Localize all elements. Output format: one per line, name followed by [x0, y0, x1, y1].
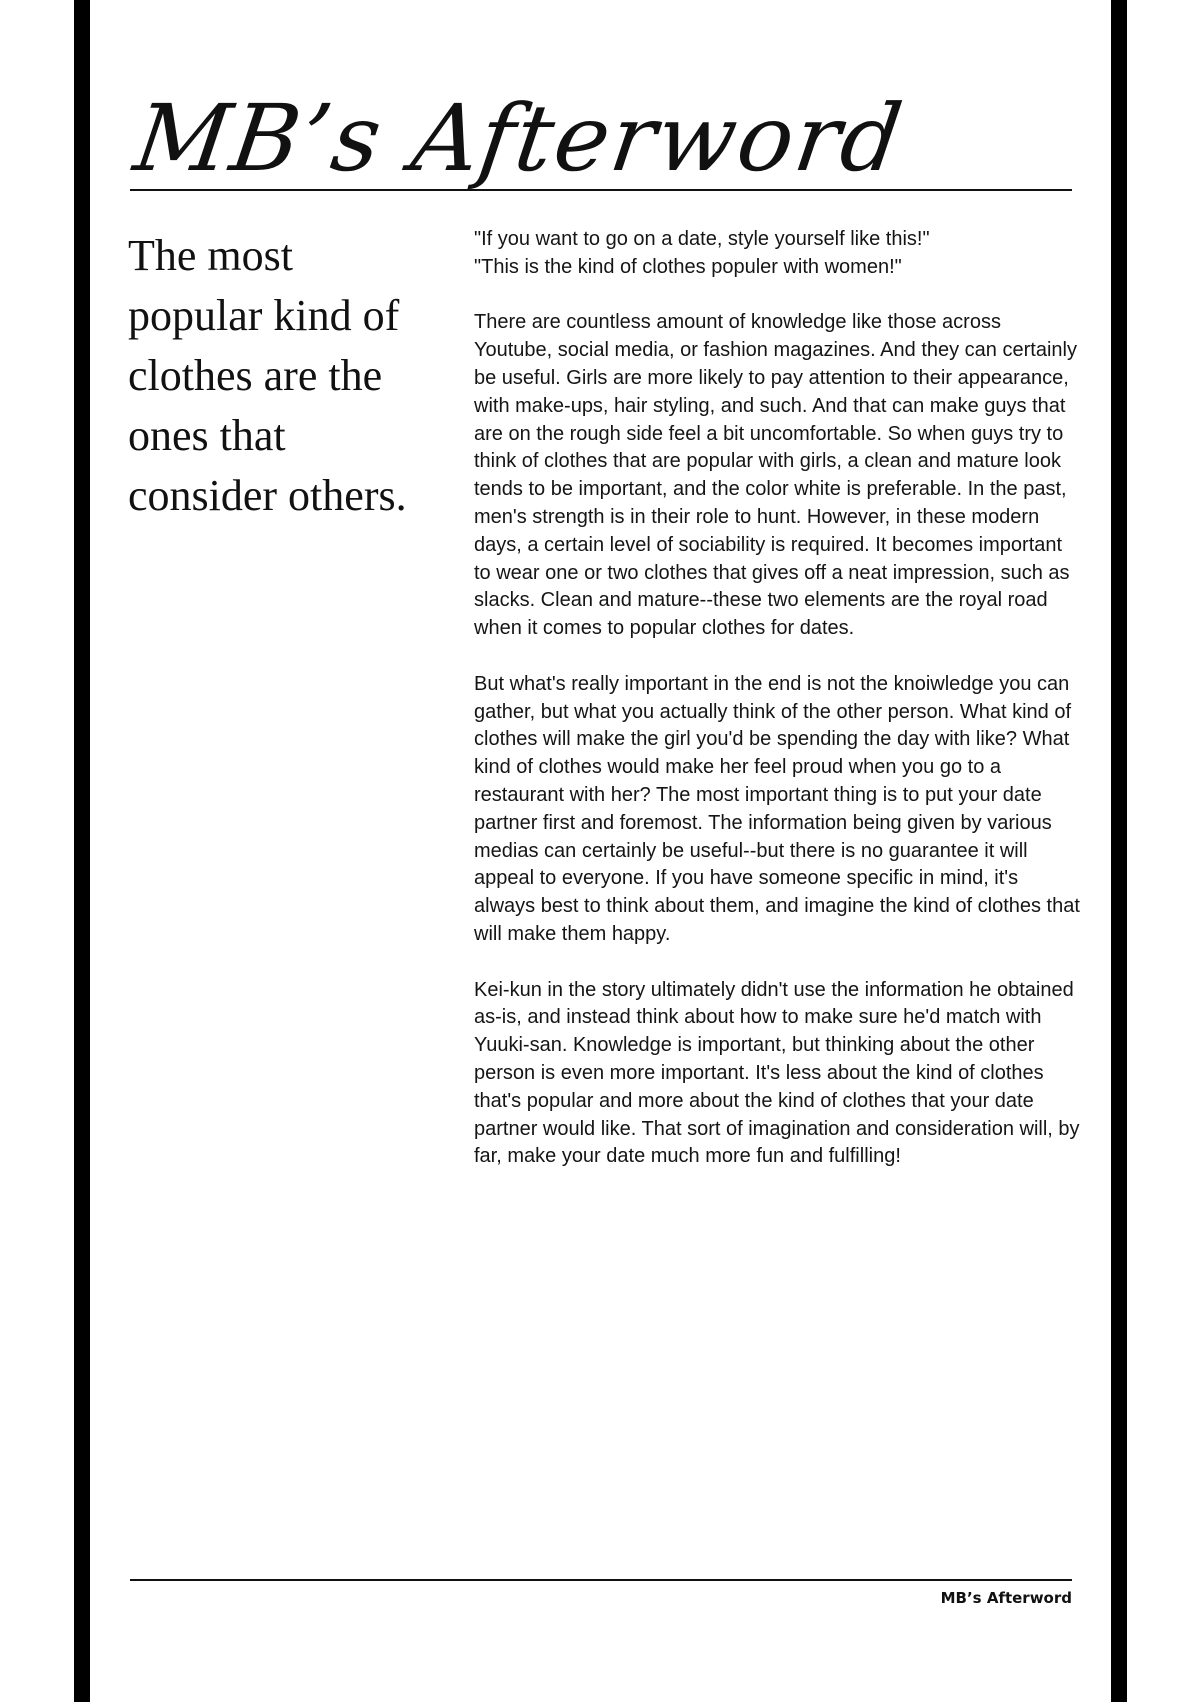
body-paragraph: Kei-kun in the story ultimately didn't u…: [474, 977, 1084, 1172]
pull-quote-line: The most: [128, 226, 448, 286]
pull-quote-line: consider others.: [128, 466, 448, 526]
right-page-border: [1111, 0, 1127, 1702]
page-title: MB’s Afterword: [128, 84, 910, 194]
footer-divider: [130, 1579, 1072, 1581]
pull-quote-line: popular kind of: [128, 286, 448, 346]
pull-quote-line: clothes are the: [128, 346, 448, 406]
opening-quote-line: "If you want to go on a date, style your…: [474, 226, 1084, 254]
body-text-column: "If you want to go on a date, style your…: [474, 226, 1084, 1199]
body-paragraph: There are countless amount of knowledge …: [474, 309, 1084, 643]
pull-quote-line: ones that: [128, 406, 448, 466]
opening-quote-line: "This is the kind of clothes populer wit…: [474, 254, 1084, 282]
title-divider: [130, 189, 1072, 191]
pull-quote: The most popular kind of clothes are the…: [128, 226, 448, 526]
running-footer: MB’s Afterword: [941, 1588, 1072, 1608]
opening-quotes: "If you want to go on a date, style your…: [474, 226, 1084, 282]
left-page-border: [74, 0, 90, 1702]
body-paragraph: But what's really important in the end i…: [474, 671, 1084, 949]
